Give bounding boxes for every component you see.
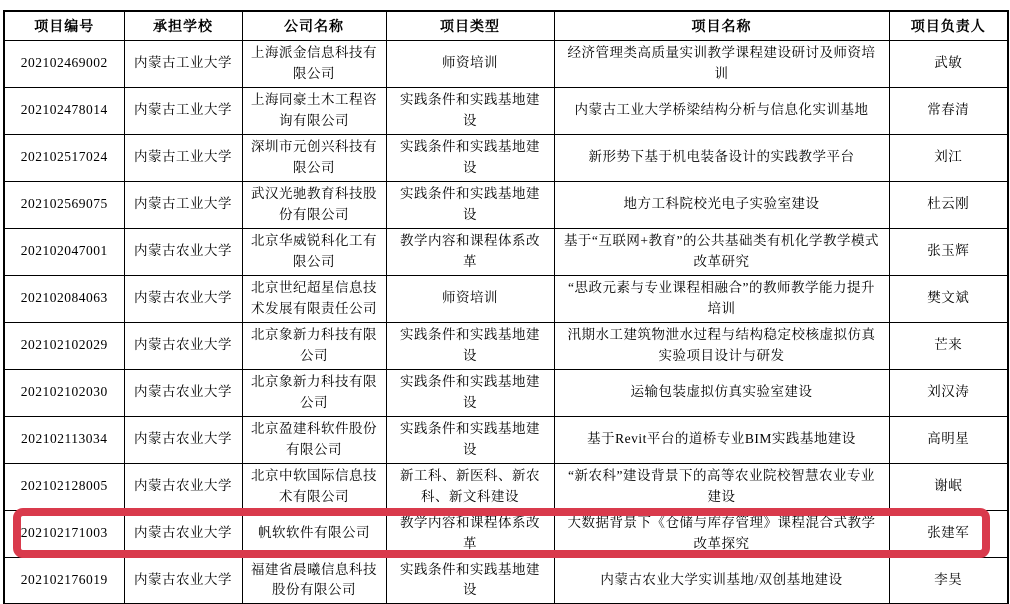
cell-project-id: 202102569075 <box>4 181 124 228</box>
cell-type: 教学内容和课程体系改革 <box>386 510 554 557</box>
table-row: 202102084063 内蒙古农业大学 北京世纪超星信息技术发展有限责任公司 … <box>4 275 1008 322</box>
table-row: 202102517024 内蒙古工业大学 深圳市元创兴科技有限公司 实践条件和实… <box>4 134 1008 181</box>
column-header-name: 项目名称 <box>554 11 889 40</box>
cell-project-id: 202102047001 <box>4 228 124 275</box>
cell-name: 大数据背景下《仓储与库存管理》课程混合式教学改革探究 <box>554 510 889 557</box>
cell-company: 北京盈建科软件股份有限公司 <box>242 416 386 463</box>
column-header-company: 公司名称 <box>242 11 386 40</box>
cell-type: 实践条件和实践基地建设 <box>386 369 554 416</box>
cell-name: “思政元素与专业课程相融合”的教师教学能力提升培训 <box>554 275 889 322</box>
cell-company: 武汉光驰教育科技股份有限公司 <box>242 181 386 228</box>
cell-school: 内蒙古工业大学 <box>124 134 242 181</box>
cell-company: 深圳市元创兴科技有限公司 <box>242 134 386 181</box>
cell-leader: 芒来 <box>889 322 1008 369</box>
cell-company: 北京华威锐科化工有限公司 <box>242 228 386 275</box>
cell-leader: 刘汉涛 <box>889 369 1008 416</box>
cell-company: 上海同豪土木工程咨询有限公司 <box>242 87 386 134</box>
cell-type: 实践条件和实践基地建设 <box>386 557 554 604</box>
cell-name: 经济管理类高质量实训教学课程建设研讨及师资培训 <box>554 40 889 87</box>
cell-project-id: 202102517024 <box>4 134 124 181</box>
cell-leader: 常春清 <box>889 87 1008 134</box>
cell-leader: 张建军 <box>889 510 1008 557</box>
cell-school: 内蒙古工业大学 <box>124 87 242 134</box>
cell-type: 实践条件和实践基地建设 <box>386 322 554 369</box>
table-row: 202102113034 内蒙古农业大学 北京盈建科软件股份有限公司 实践条件和… <box>4 416 1008 463</box>
cell-company: 福建省晨曦信息科技股份有限公司 <box>242 557 386 604</box>
column-header-school: 承担学校 <box>124 11 242 40</box>
cell-school: 内蒙古农业大学 <box>124 557 242 604</box>
cell-company: 北京象新力科技有限公司 <box>242 369 386 416</box>
cell-leader: 武敏 <box>889 40 1008 87</box>
table-row: 202102469002 内蒙古工业大学 上海派金信息科技有限公司 师资培训 经… <box>4 40 1008 87</box>
cell-type: 新工科、新医科、新农科、新文科建设 <box>386 463 554 510</box>
cell-project-id: 202102102029 <box>4 322 124 369</box>
cell-school: 内蒙古农业大学 <box>124 416 242 463</box>
cell-project-id: 202102113034 <box>4 416 124 463</box>
cell-school: 内蒙古农业大学 <box>124 228 242 275</box>
cell-project-id: 202102128005 <box>4 463 124 510</box>
cell-company: 北京世纪超星信息技术发展有限责任公司 <box>242 275 386 322</box>
document-page: 项目编号 承担学校 公司名称 项目类型 项目名称 项目负责人 202102469… <box>0 0 1010 604</box>
cell-school: 内蒙古工业大学 <box>124 40 242 87</box>
cell-leader: 杜云刚 <box>889 181 1008 228</box>
cell-company: 上海派金信息科技有限公司 <box>242 40 386 87</box>
cell-name: 地方工科院校光电子实验室建设 <box>554 181 889 228</box>
cell-name: 基于Revit平台的道桥专业BIM实践基地建设 <box>554 416 889 463</box>
cell-type: 实践条件和实践基地建设 <box>386 87 554 134</box>
table-row: 202102569075 内蒙古工业大学 武汉光驰教育科技股份有限公司 实践条件… <box>4 181 1008 228</box>
cell-school: 内蒙古农业大学 <box>124 510 242 557</box>
cell-leader: 张玉辉 <box>889 228 1008 275</box>
table-header-row: 项目编号 承担学校 公司名称 项目类型 项目名称 项目负责人 <box>4 11 1008 40</box>
cell-project-id: 202102478014 <box>4 87 124 134</box>
cell-name: 基于“互联网+教育”的公共基础类有机化学教学模式改革研究 <box>554 228 889 275</box>
table-row: 202102176019 内蒙古农业大学 福建省晨曦信息科技股份有限公司 实践条… <box>4 557 1008 604</box>
cell-leader: 李昊 <box>889 557 1008 604</box>
cell-school: 内蒙古农业大学 <box>124 275 242 322</box>
cell-leader: 刘江 <box>889 134 1008 181</box>
project-table: 项目编号 承担学校 公司名称 项目类型 项目名称 项目负责人 202102469… <box>3 10 1009 604</box>
cell-company: 帆软软件有限公司 <box>242 510 386 557</box>
cell-leader: 樊文斌 <box>889 275 1008 322</box>
table-row: 202102102029 内蒙古农业大学 北京象新力科技有限公司 实践条件和实践… <box>4 322 1008 369</box>
cell-type: 师资培训 <box>386 40 554 87</box>
table-row: 202102102030 内蒙古农业大学 北京象新力科技有限公司 实践条件和实践… <box>4 369 1008 416</box>
table-row: 202102128005 内蒙古农业大学 北京中软国际信息技术有限公司 新工科、… <box>4 463 1008 510</box>
cell-school: 内蒙古农业大学 <box>124 369 242 416</box>
cell-school: 内蒙古工业大学 <box>124 181 242 228</box>
cell-leader: 谢岷 <box>889 463 1008 510</box>
cell-school: 内蒙古农业大学 <box>124 463 242 510</box>
table-row: 202102047001 内蒙古农业大学 北京华威锐科化工有限公司 教学内容和课… <box>4 228 1008 275</box>
cell-company: 北京中软国际信息技术有限公司 <box>242 463 386 510</box>
cell-name: 内蒙古农业大学实训基地/双创基地建设 <box>554 557 889 604</box>
cell-name: 新形势下基于机电装备设计的实践教学平台 <box>554 134 889 181</box>
cell-project-id: 202102176019 <box>4 557 124 604</box>
table-row: 202102478014 内蒙古工业大学 上海同豪土木工程咨询有限公司 实践条件… <box>4 87 1008 134</box>
cell-company: 北京象新力科技有限公司 <box>242 322 386 369</box>
cell-project-id: 202102171003 <box>4 510 124 557</box>
cell-type: 师资培训 <box>386 275 554 322</box>
cell-school: 内蒙古农业大学 <box>124 322 242 369</box>
cell-type: 实践条件和实践基地建设 <box>386 416 554 463</box>
cell-project-id: 202102469002 <box>4 40 124 87</box>
column-header-project-id: 项目编号 <box>4 11 124 40</box>
cell-type: 教学内容和课程体系改革 <box>386 228 554 275</box>
table-row-highlighted: 202102171003 内蒙古农业大学 帆软软件有限公司 教学内容和课程体系改… <box>4 510 1008 557</box>
column-header-type: 项目类型 <box>386 11 554 40</box>
column-header-leader: 项目负责人 <box>889 11 1008 40</box>
cell-name: 内蒙古工业大学桥梁结构分析与信息化实训基地 <box>554 87 889 134</box>
cell-type: 实践条件和实践基地建设 <box>386 181 554 228</box>
cell-leader: 高明星 <box>889 416 1008 463</box>
cell-name: 汛期水工建筑物泄水过程与结构稳定校核虚拟仿真实验项目设计与研发 <box>554 322 889 369</box>
cell-name: 运输包装虚拟仿真实验室建设 <box>554 369 889 416</box>
cell-type: 实践条件和实践基地建设 <box>386 134 554 181</box>
cell-name: “新农科”建设背景下的高等农业院校智慧农业专业建设 <box>554 463 889 510</box>
cell-project-id: 202102102030 <box>4 369 124 416</box>
cell-project-id: 202102084063 <box>4 275 124 322</box>
